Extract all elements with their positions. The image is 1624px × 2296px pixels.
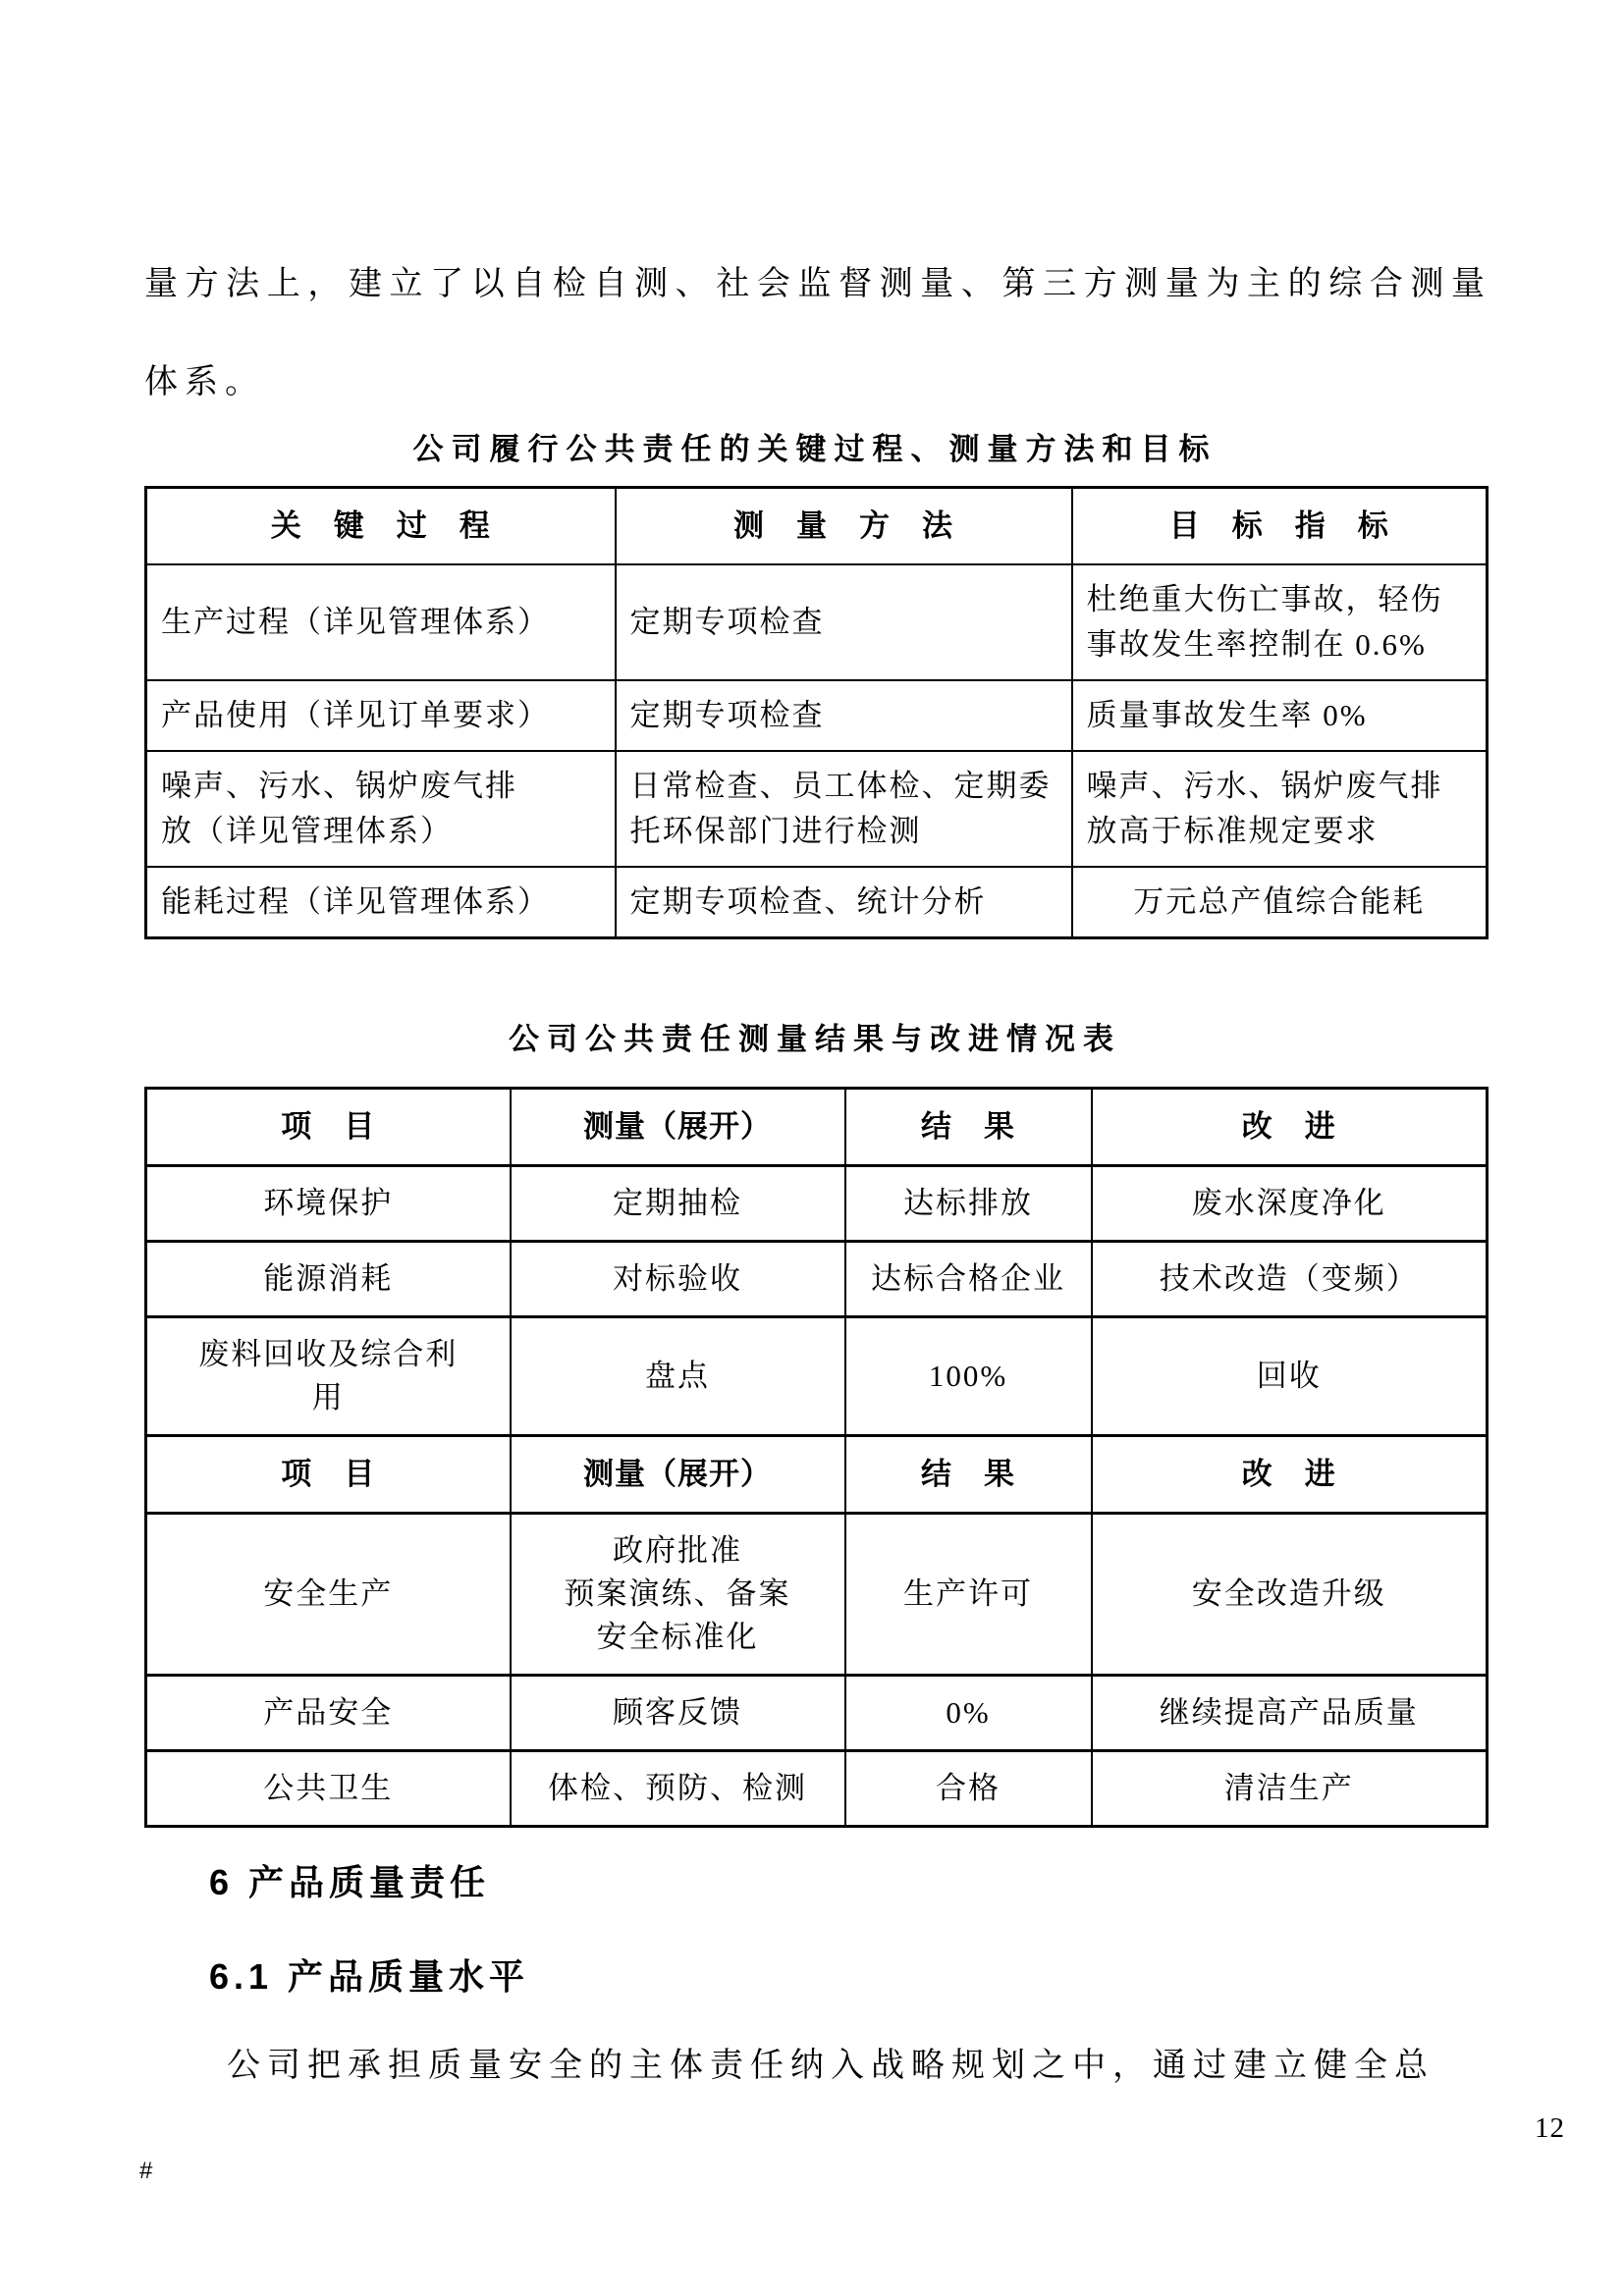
table-header-cell: 目 标 指 标 — [1072, 488, 1488, 565]
table-cell: 定期专项检查、统计分析 — [616, 867, 1072, 938]
table-cell: 回收 — [1092, 1317, 1488, 1436]
table-cell: 产品使用（详见订单要求） — [146, 680, 616, 751]
table-row: 废料回收及综合利 用盘点100%回收 — [146, 1317, 1488, 1436]
table-cell: 盘点 — [511, 1317, 845, 1436]
table-cell: 产品安全 — [146, 1676, 511, 1751]
table-cell: 安全改造升级 — [1092, 1514, 1488, 1676]
measurement-result-table-body: 项 目测量（展开）结 果改 进环境保护定期抽检达标排放废水深度净化能源消耗对标验… — [146, 1089, 1488, 1827]
table-cell: 能源消耗 — [146, 1242, 511, 1317]
table-cell: 能耗过程（详见管理体系） — [146, 867, 616, 938]
table-cell: 定期专项检查 — [616, 564, 1072, 680]
table-header-cell: 测量（展开） — [511, 1436, 845, 1514]
table-row: 安全生产政府批准 预案演练、备案 安全标准化生产许可安全改造升级 — [146, 1514, 1488, 1676]
intro-paragraph: 量方法上，建立了以自检自测、社会监督测量、第三方测量为主的综合测量体系。 — [144, 236, 1491, 432]
table-row: 环境保护定期抽检达标排放废水深度净化 — [146, 1166, 1488, 1242]
table-cell: 达标合格企业 — [845, 1242, 1092, 1317]
table-header-cell: 测量（展开） — [511, 1089, 845, 1166]
table-cell: 生产过程（详见管理体系） — [146, 564, 616, 680]
table-header-cell: 结 果 — [845, 1436, 1092, 1514]
table-cell: 政府批准 预案演练、备案 安全标准化 — [511, 1514, 845, 1676]
table-cell: 生产许可 — [845, 1514, 1092, 1676]
table-cell: 技术改造（变频） — [1092, 1242, 1488, 1317]
table-header-cell: 改 进 — [1092, 1436, 1488, 1514]
table2-title: 公司公共责任测量结果与改进情况表 — [144, 1018, 1486, 1061]
page-number: 12 — [1535, 2112, 1565, 2145]
table-row: 能源消耗对标验收达标合格企业技术改造（变频） — [146, 1242, 1488, 1317]
table-header-cell: 测 量 方 法 — [616, 488, 1072, 565]
table-header-row: 项 目测量（展开）结 果改 进 — [146, 1436, 1488, 1514]
closing-paragraph: 公司把承担质量安全的主体责任纳入战略规划之中，通过建立健全总 — [144, 2017, 1491, 2115]
table-header-cell: 结 果 — [845, 1089, 1092, 1166]
table-row: 噪声、污水、锅炉废气排 放（详见管理体系）日常检查、员工体检、定期委 托环保部门… — [146, 751, 1488, 867]
table-row: 产品安全顾客反馈0%继续提高产品质量 — [146, 1676, 1488, 1751]
table-header-row: 关 键 过 程测 量 方 法目 标 指 标 — [146, 488, 1488, 565]
key-process-table: 关 键 过 程测 量 方 法目 标 指 标生产过程（详见管理体系）定期专项检查杜… — [144, 486, 1489, 939]
key-process-table-body: 关 键 过 程测 量 方 法目 标 指 标生产过程（详见管理体系）定期专项检查杜… — [146, 488, 1488, 938]
table-cell: 环境保护 — [146, 1166, 511, 1242]
measurement-result-table: 项 目测量（展开）结 果改 进环境保护定期抽检达标排放废水深度净化能源消耗对标验… — [144, 1087, 1489, 1828]
table-cell: 定期专项检查 — [616, 680, 1072, 751]
table-header-cell: 项 目 — [146, 1089, 511, 1166]
table-cell: 清洁生产 — [1092, 1751, 1488, 1827]
table-cell: 质量事故发生率 0% — [1072, 680, 1488, 751]
section-heading-6-1: 6.1 产品质量水平 — [209, 1955, 529, 1999]
table-cell: 定期抽检 — [511, 1166, 845, 1242]
table-cell: 日常检查、员工体检、定期委 托环保部门进行检测 — [616, 751, 1072, 867]
table-header-cell: 项 目 — [146, 1436, 511, 1514]
table-header-cell: 改 进 — [1092, 1089, 1488, 1166]
table-cell: 100% — [845, 1317, 1092, 1436]
table-cell: 安全生产 — [146, 1514, 511, 1676]
table-cell: 对标验收 — [511, 1242, 845, 1317]
table-cell: 达标排放 — [845, 1166, 1092, 1242]
table-header-row: 项 目测量（展开）结 果改 进 — [146, 1089, 1488, 1166]
table-cell: 继续提高产品质量 — [1092, 1676, 1488, 1751]
table-cell: 废水深度净化 — [1092, 1166, 1488, 1242]
table-row: 产品使用（详见订单要求）定期专项检查质量事故发生率 0% — [146, 680, 1488, 751]
table1-title: 公司履行公共责任的关键过程、测量方法和目标 — [144, 428, 1486, 471]
table-cell: 废料回收及综合利 用 — [146, 1317, 511, 1436]
table-row: 能耗过程（详见管理体系）定期专项检查、统计分析万元总产值综合能耗 — [146, 867, 1488, 938]
table-row: 公共卫生体检、预防、检测合格清洁生产 — [146, 1751, 1488, 1827]
table-cell: 0% — [845, 1676, 1092, 1751]
table-row: 生产过程（详见管理体系）定期专项检查杜绝重大伤亡事故，轻伤 事故发生率控制在 0… — [146, 564, 1488, 680]
corner-mark: # — [139, 2158, 152, 2185]
table-cell: 合格 — [845, 1751, 1092, 1827]
table-header-cell: 关 键 过 程 — [146, 488, 616, 565]
table-cell: 杜绝重大伤亡事故，轻伤 事故发生率控制在 0.6% — [1072, 564, 1488, 680]
table-cell: 噪声、污水、锅炉废气排 放（详见管理体系） — [146, 751, 616, 867]
document-page: 量方法上，建立了以自检自测、社会监督测量、第三方测量为主的综合测量体系。 公司履… — [0, 0, 1624, 2296]
table-cell: 万元总产值综合能耗 — [1072, 867, 1488, 938]
table-cell: 噪声、污水、锅炉废气排 放高于标准规定要求 — [1072, 751, 1488, 867]
section-heading-6: 6 产品质量责任 — [209, 1861, 490, 1904]
table-cell: 体检、预防、检测 — [511, 1751, 845, 1827]
table-cell: 公共卫生 — [146, 1751, 511, 1827]
table-cell: 顾客反馈 — [511, 1676, 845, 1751]
